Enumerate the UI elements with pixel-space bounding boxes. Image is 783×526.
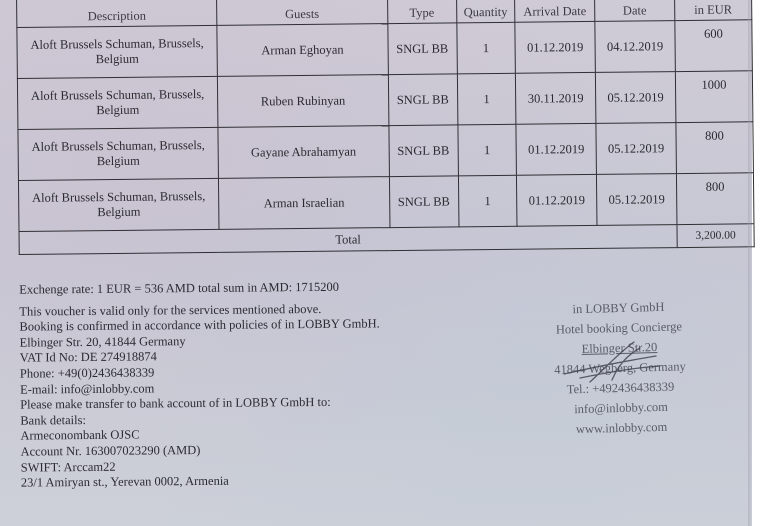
row-arrival-date: 01.12.2019 [517,174,597,226]
row-departure-date: 04.12.2019 [595,21,675,73]
row-guest: Arman Eghoyan [217,24,388,77]
row-arrival-date: 30.11.2019 [516,72,596,124]
header-guests: Guests [217,0,388,25]
transfer-note: Please make transfer to bank account of … [20,395,380,414]
row-quantity: 1 [456,22,515,74]
table-row: Aloft Brussels Schuman, Brussels, Belgiu… [18,173,753,232]
header-type: Type [387,0,456,24]
row-type: SNGL BB [389,125,459,177]
row-description: Aloft Brussels Schuman, Brussels, Belgiu… [17,25,218,78]
total-value: 3,200.00 [677,224,754,248]
row-quantity: 1 [457,73,516,125]
row-type: SNGL BB [387,23,457,75]
table-row: Aloft Brussels Schuman, Brussels, Belgiu… [18,122,753,181]
row-departure-date: 05.12.2019 [596,123,676,175]
row-price: 800 [676,122,754,174]
stamp-web: www.inlobby.com [521,415,721,440]
header-departure-date: Date [594,0,674,21]
exchange-rate: Exchenge rate: 1 EUR = 536 AMD total sum… [19,279,379,298]
booking-confirmation: Booking is confirmed in accordance with … [19,317,379,336]
page-edge [748,0,752,526]
row-description: Aloft Brussels Schuman, Brussels, Belgiu… [17,76,218,129]
row-price: 800 [676,173,754,225]
header-description: Description [17,0,217,27]
row-description: Aloft Brussels Schuman, Brussels, Belgiu… [18,127,219,180]
row-price: 1000 [675,71,753,123]
row-quantity: 1 [458,124,517,176]
header-price: in EUR [674,0,751,21]
row-type: SNGL BB [389,176,459,228]
row-quantity: 1 [458,175,517,227]
header-arrival-date: Arrival Date [515,0,595,22]
bank-address: 23/1 Amiryan st., Yerevan 0002, Armenia [21,473,381,492]
header-quantity: Quantity [456,0,515,23]
row-description: Aloft Brussels Schuman, Brussels, Belgiu… [18,178,219,231]
row-guest: Ruben Rubinyan [218,75,389,128]
table-row: Aloft Brussels Schuman, Brussels, Belgiu… [17,71,752,130]
row-price: 600 [675,20,753,72]
row-type: SNGL BB [388,74,458,126]
signature-icon [560,338,670,388]
voucher-page: Description Guests Type Quantity Arrival… [0,0,752,526]
booking-table: Description Guests Type Quantity Arrival… [16,0,755,255]
row-guest: Arman Israelian [219,177,390,230]
row-departure-date: 05.12.2019 [595,72,675,124]
voucher-footer: Exchenge rate: 1 EUR = 536 AMD total sum… [19,279,381,491]
row-departure-date: 05.12.2019 [596,174,676,226]
row-arrival-date: 01.12.2019 [516,123,596,175]
row-guest: Gayane Abrahamyan [218,126,389,179]
table-row: Aloft Brussels Schuman, Brussels, Belgiu… [17,20,752,79]
row-arrival-date: 01.12.2019 [515,21,595,73]
